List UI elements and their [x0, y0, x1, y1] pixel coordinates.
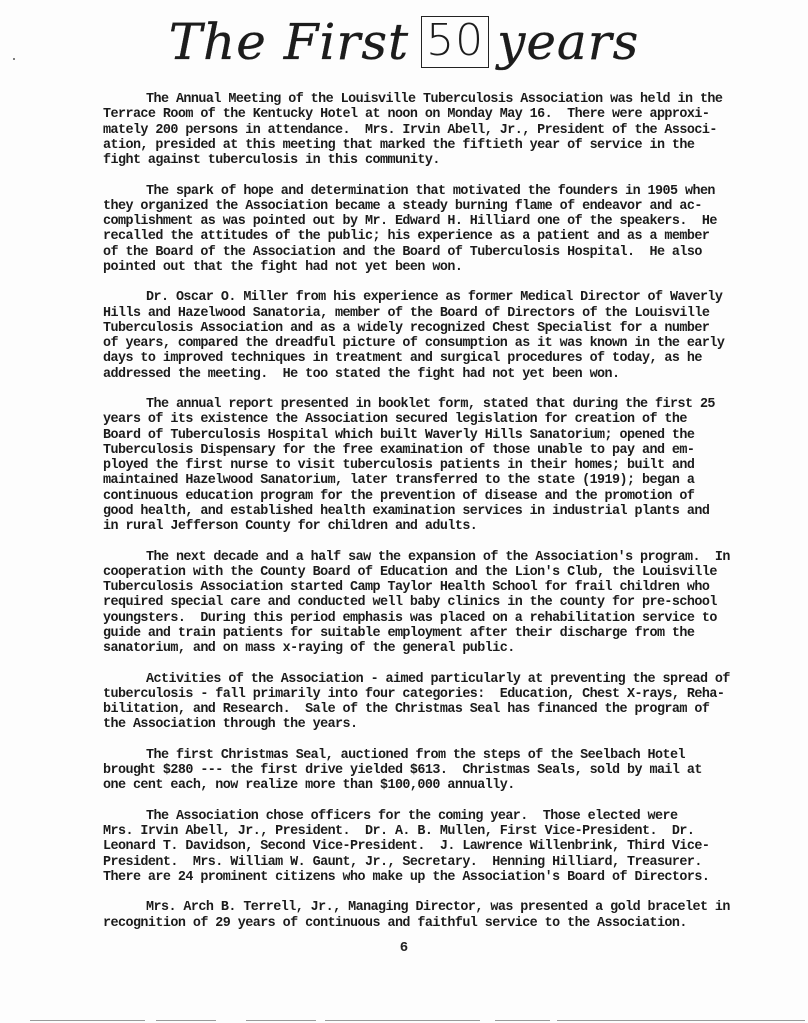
text-line: addressed the meeting. He too stated the… [103, 367, 763, 382]
text-line: Leonard T. Davidson, Second Vice-Preside… [103, 839, 763, 854]
text-line: ployed the first nurse to visit tubercul… [103, 458, 763, 473]
text-line: The Association chose officers for the c… [103, 809, 763, 824]
paragraph: Activities of the Association - aimed pa… [103, 672, 763, 733]
text-line: Tuberculosis Association and as a widely… [103, 321, 763, 336]
text-line: tuberculosis - fall primarily into four … [103, 687, 763, 702]
paragraph: Mrs. Arch B. Terrell, Jr., Managing Dire… [103, 900, 763, 931]
text-line: Tuberculosis Dispensary for the free exa… [103, 443, 763, 458]
title-number-box: 50 [421, 16, 489, 68]
text-line: ation, presided at this meeting that mar… [103, 138, 763, 153]
text-line: The spark of hope and determination that… [103, 184, 763, 199]
text-line: The first Christmas Seal, auctioned from… [103, 748, 763, 763]
text-line: The annual report presented in booklet f… [103, 397, 763, 412]
text-line: brought $280 --- the first drive yielded… [103, 763, 763, 778]
text-line: There are 24 prominent citizens who make… [103, 870, 763, 885]
text-line: youngsters. During this period emphasis … [103, 611, 763, 626]
text-line: Board of Tuberculosis Hospital which bui… [103, 428, 763, 443]
text-line: sanatorium, and on mass x-raying of the … [103, 641, 763, 656]
text-line: good health, and established health exam… [103, 504, 763, 519]
document-page: The First50years The Annual Meeting of t… [0, 0, 808, 1023]
text-line: Hills and Hazelwood Sanatoria, member of… [103, 306, 763, 321]
text-line: days to improved techniques in treatment… [103, 351, 763, 366]
text-line: recognition of 29 years of continuous an… [103, 916, 763, 931]
bottom-scan-rule [557, 1020, 805, 1021]
text-line: Tuberculosis Association started Camp Ta… [103, 580, 763, 595]
text-line: Mrs. Arch B. Terrell, Jr., Managing Dire… [103, 900, 763, 915]
text-line: mately 200 persons in attendance. Mrs. I… [103, 123, 763, 138]
text-line: the Association through the years. [103, 717, 763, 732]
text-line: fight against tuberculosis in this commu… [103, 153, 763, 168]
text-line: cooperation with the County Board of Edu… [103, 565, 763, 580]
paragraph: Dr. Oscar O. Miller from his experience … [103, 290, 763, 382]
bottom-scan-rule [246, 1020, 316, 1021]
text-line: Mrs. Irvin Abell, Jr., President. Dr. A.… [103, 824, 763, 839]
text-line: bilitation, and Research. Sale of the Ch… [103, 702, 763, 717]
paragraph: The Association chose officers for the c… [103, 809, 763, 885]
paragraph: The annual report presented in booklet f… [103, 397, 763, 534]
paragraph: The Annual Meeting of the Louisville Tub… [103, 92, 763, 168]
bottom-scan-rule [30, 1020, 145, 1021]
paragraph: The first Christmas Seal, auctioned from… [103, 748, 763, 794]
title-text-after: years [497, 12, 639, 72]
text-line: Terrace Room of the Kentucky Hotel at no… [103, 107, 763, 122]
text-line: President. Mrs. William W. Gaunt, Jr., S… [103, 855, 763, 870]
text-line: maintained Hazelwood Sanatorium, later t… [103, 473, 763, 488]
title-text-before: The First [169, 12, 409, 72]
article-body: The Annual Meeting of the Louisville Tub… [103, 92, 763, 946]
page-number: 6 [0, 940, 808, 956]
text-line: Dr. Oscar O. Miller from his experience … [103, 290, 763, 305]
text-line: recalled the attitudes of the public; hi… [103, 229, 763, 244]
text-line: they organized the Association became a … [103, 199, 763, 214]
bottom-scan-rule [495, 1020, 550, 1021]
bottom-scan-rule [156, 1020, 216, 1021]
text-line: The Annual Meeting of the Louisville Tub… [103, 92, 763, 107]
text-line: one cent each, now realize more than $10… [103, 778, 763, 793]
text-line: of years, compared the dreadful picture … [103, 336, 763, 351]
text-line: The next decade and a half saw the expan… [103, 550, 763, 565]
text-line: continuous education program for the pre… [103, 489, 763, 504]
text-line: in rural Jefferson County for children a… [103, 519, 763, 534]
text-line: pointed out that the fight had not yet b… [103, 260, 763, 275]
text-line: of the Board of the Association and the … [103, 245, 763, 260]
text-line: Activities of the Association - aimed pa… [103, 672, 763, 687]
text-line: required special care and conducted well… [103, 595, 763, 610]
text-line: complishment as was pointed out by Mr. E… [103, 214, 763, 229]
text-line: guide and train patients for suitable em… [103, 626, 763, 641]
paragraph: The next decade and a half saw the expan… [103, 550, 763, 657]
paragraph: The spark of hope and determination that… [103, 184, 763, 276]
text-line: years of its existence the Association s… [103, 412, 763, 427]
bottom-scan-rule [325, 1020, 480, 1021]
page-title: The First50years [0, 12, 808, 72]
scan-speck [13, 58, 15, 60]
